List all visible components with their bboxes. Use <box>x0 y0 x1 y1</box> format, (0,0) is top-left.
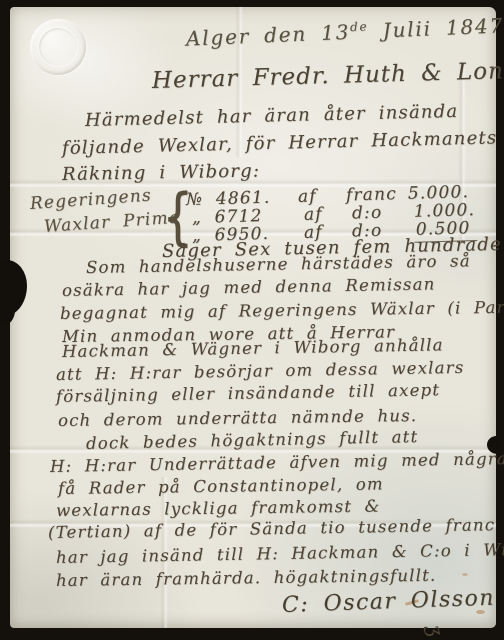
paper-tear <box>487 436 501 454</box>
bill-currency: d:o <box>352 204 414 223</box>
bill-currency: franc <box>346 186 408 205</box>
bill-of-word: af <box>304 206 352 224</box>
dateline-text: Julii 1847. <box>368 13 504 43</box>
dateline-superscript: de <box>350 19 369 34</box>
bill-of-word: af <box>298 188 346 206</box>
scanned-letter: Alger den 13de Julii 1847. Herrar Fredr.… <box>0 0 504 640</box>
foxing-spot <box>462 573 468 576</box>
embossed-seal-ring <box>38 27 78 67</box>
embossed-seal <box>30 19 86 75</box>
